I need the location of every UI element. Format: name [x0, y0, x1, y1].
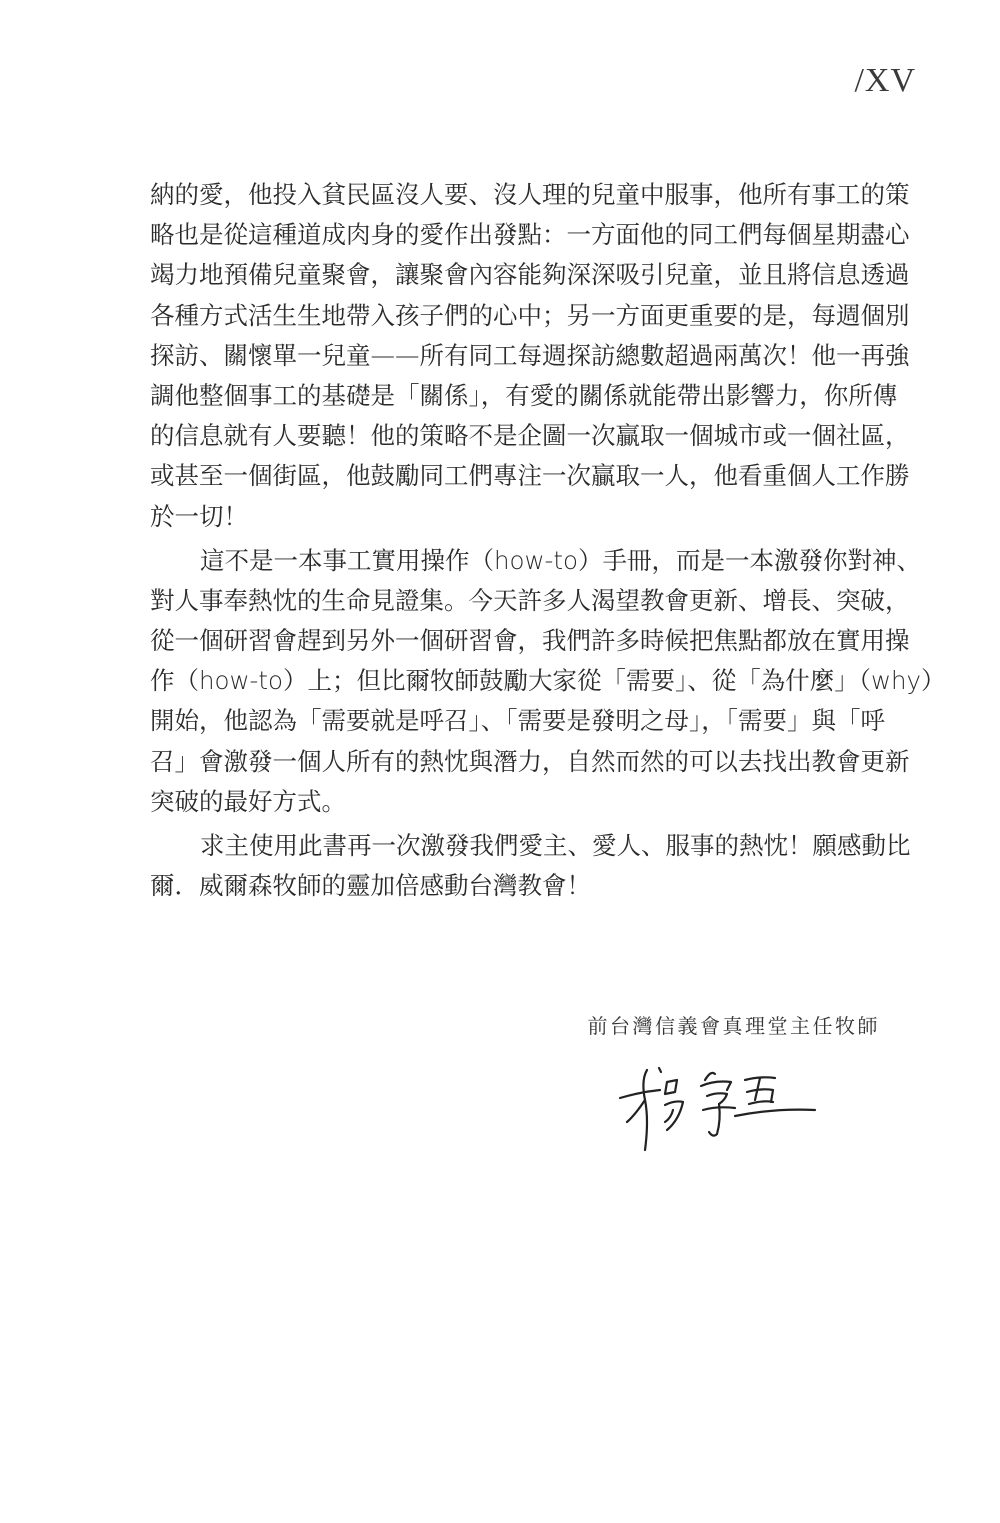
text-line: 召」會激發一個人所有的熱忱與潛力，自然而然的可以去找出教會更新: [150, 742, 880, 782]
page-number: /XV: [854, 62, 916, 100]
text-line: 突破的最好方式。: [150, 782, 880, 822]
signature-block: 前台灣信義會真理堂主任牧師 楊寧亞: [560, 1010, 880, 1039]
author-title: 前台灣信義會真理堂主任牧師: [560, 1010, 880, 1039]
text-line: 從一個研習會趕到另外一個研習會，我們許多時候把焦點都放在實用操: [150, 621, 880, 661]
paragraph-3: 求主使用此書再一次激發我們愛主、愛人、服事的熱忱！願感動比 爾．威爾森牧師的靈加…: [150, 826, 880, 906]
text-line: 探訪、關懷單一兒童——所有同工每週探訪總數超過兩萬次！他一再強: [150, 336, 880, 376]
body-text: 納的愛，他投入貧民區沒人要、沒人理的兒童中服事，他所有事工的策 略也是從這種道成…: [150, 175, 880, 906]
text-line: 略也是從這種道成肉身的愛作出發點：一方面他的同工們每個星期盡心: [150, 215, 880, 255]
text-line: 求主使用此書再一次激發我們愛主、愛人、服事的熱忱！願感動比: [150, 826, 880, 866]
text-line: 納的愛，他投入貧民區沒人要、沒人理的兒童中服事，他所有事工的策: [150, 175, 880, 215]
text-line: 調他整個事工的基礎是「關係」，有愛的關係就能帶出影響力，你所傳: [150, 376, 880, 416]
text-line: 或甚至一個街區，他鼓勵同工們專注一次贏取一人，他看重個人工作勝: [150, 456, 880, 496]
text-line: 於一切！: [150, 497, 880, 537]
text-line: 竭力地預備兒童聚會，讓聚會內容能夠深深吸引兒童，並且將信息透過: [150, 255, 880, 295]
text-line: 爾．威爾森牧師的靈加倍感動台灣教會！: [150, 866, 880, 906]
text-line: 這不是一本事工實用操作（how-to）手冊，而是一本激發你對神、: [150, 541, 880, 581]
text-line: 作（how-to）上；但比爾牧師鼓勵大家從「需要」、從「為什麼」（why）: [150, 661, 880, 701]
paragraph-2: 這不是一本事工實用操作（how-to）手冊，而是一本激發你對神、 對人事奉熱忱的…: [150, 541, 880, 822]
text-line: 對人事奉熱忱的生命見證集。今天許多人渴望教會更新、增長、突破，: [150, 581, 880, 621]
text-line: 各種方式活生生地帶入孩子們的心中；另一方面更重要的是，每週個別: [150, 296, 880, 336]
paragraph-1: 納的愛，他投入貧民區沒人要、沒人理的兒童中服事，他所有事工的策 略也是從這種道成…: [150, 175, 880, 537]
handwritten-signature: 楊寧亞: [615, 1060, 825, 1155]
text-line: 的信息就有人要聽！他的策略不是企圖一次贏取一個城市或一個社區，: [150, 416, 880, 456]
text-line: 開始，他認為「需要就是呼召」、「需要是發明之母」，「需要」與「呼: [150, 701, 880, 741]
